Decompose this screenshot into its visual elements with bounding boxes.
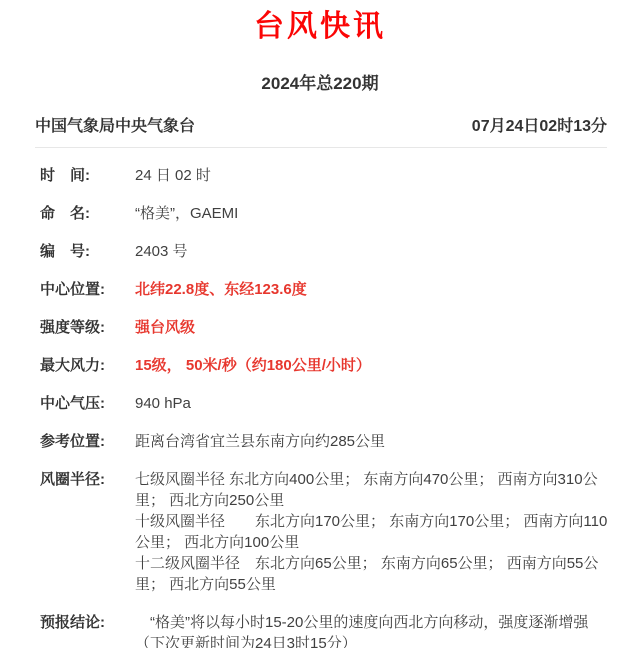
field-row: 编 号: 2403 号 <box>40 241 612 262</box>
field-label: 预报结论: <box>40 612 135 648</box>
field-row: 预报结论: “格美”将以每小时15-20公里的速度向西北方向移动，强度逐渐增强（… <box>40 612 612 648</box>
bulletin-header: 中国气象局中央气象台 07月24日02时13分 <box>35 117 607 148</box>
field-label: 时 间: <box>40 165 135 186</box>
field-label: 中心气压: <box>40 393 135 414</box>
field-label: 编 号: <box>40 241 135 262</box>
page-title: 台风快讯 <box>0 0 640 45</box>
field-label: 风圈半径: <box>40 469 135 595</box>
field-row: 中心位置: 北纬22.8度、东经123.6度 <box>40 279 612 300</box>
field-value: “格美”，GAEMI <box>135 203 612 224</box>
fields-list: 时 间: 24 日 02 时 命 名: “格美”，GAEMI 编 号: 2403… <box>40 165 612 648</box>
field-value: “格美”将以每小时15-20公里的速度向西北方向移动，强度逐渐增强（下次更新时间… <box>135 612 612 648</box>
field-value: 15级， 50米/秒（约180公里/小时） <box>135 355 612 376</box>
agency-name: 中国气象局中央气象台 <box>35 117 195 136</box>
field-row: 风圈半径: 七级风圈半径 东北方向400公里； 东南方向470公里； 西南方向3… <box>40 469 612 595</box>
field-row: 最大风力: 15级， 50米/秒（约180公里/小时） <box>40 355 612 376</box>
field-row: 时 间: 24 日 02 时 <box>40 165 612 186</box>
field-value: 北纬22.8度、东经123.6度 <box>135 279 612 300</box>
field-value: 2403 号 <box>135 241 612 262</box>
field-value: 强台风级 <box>135 317 612 338</box>
field-label: 强度等级: <box>40 317 135 338</box>
issue-datetime: 07月24日02时13分 <box>472 117 607 136</box>
issue-number: 2024年总220期 <box>0 74 640 94</box>
field-value: 24 日 02 时 <box>135 165 612 186</box>
field-value: 940 hPa <box>135 393 612 414</box>
field-label: 参考位置: <box>40 431 135 452</box>
field-row: 强度等级: 强台风级 <box>40 317 612 338</box>
field-row: 参考位置: 距离台湾省宜兰县东南方向约285公里 <box>40 431 612 452</box>
field-value: 距离台湾省宜兰县东南方向约285公里 <box>135 431 612 452</box>
field-label: 命 名: <box>40 203 135 224</box>
field-value: 七级风圈半径 东北方向400公里； 东南方向470公里； 西南方向310公里； … <box>135 469 612 595</box>
field-row: 命 名: “格美”，GAEMI <box>40 203 612 224</box>
field-row: 中心气压: 940 hPa <box>40 393 612 414</box>
field-label: 最大风力: <box>40 355 135 376</box>
field-label: 中心位置: <box>40 279 135 300</box>
typhoon-bulletin: 台风快讯 2024年总220期 中国气象局中央气象台 07月24日02时13分 … <box>0 0 640 648</box>
